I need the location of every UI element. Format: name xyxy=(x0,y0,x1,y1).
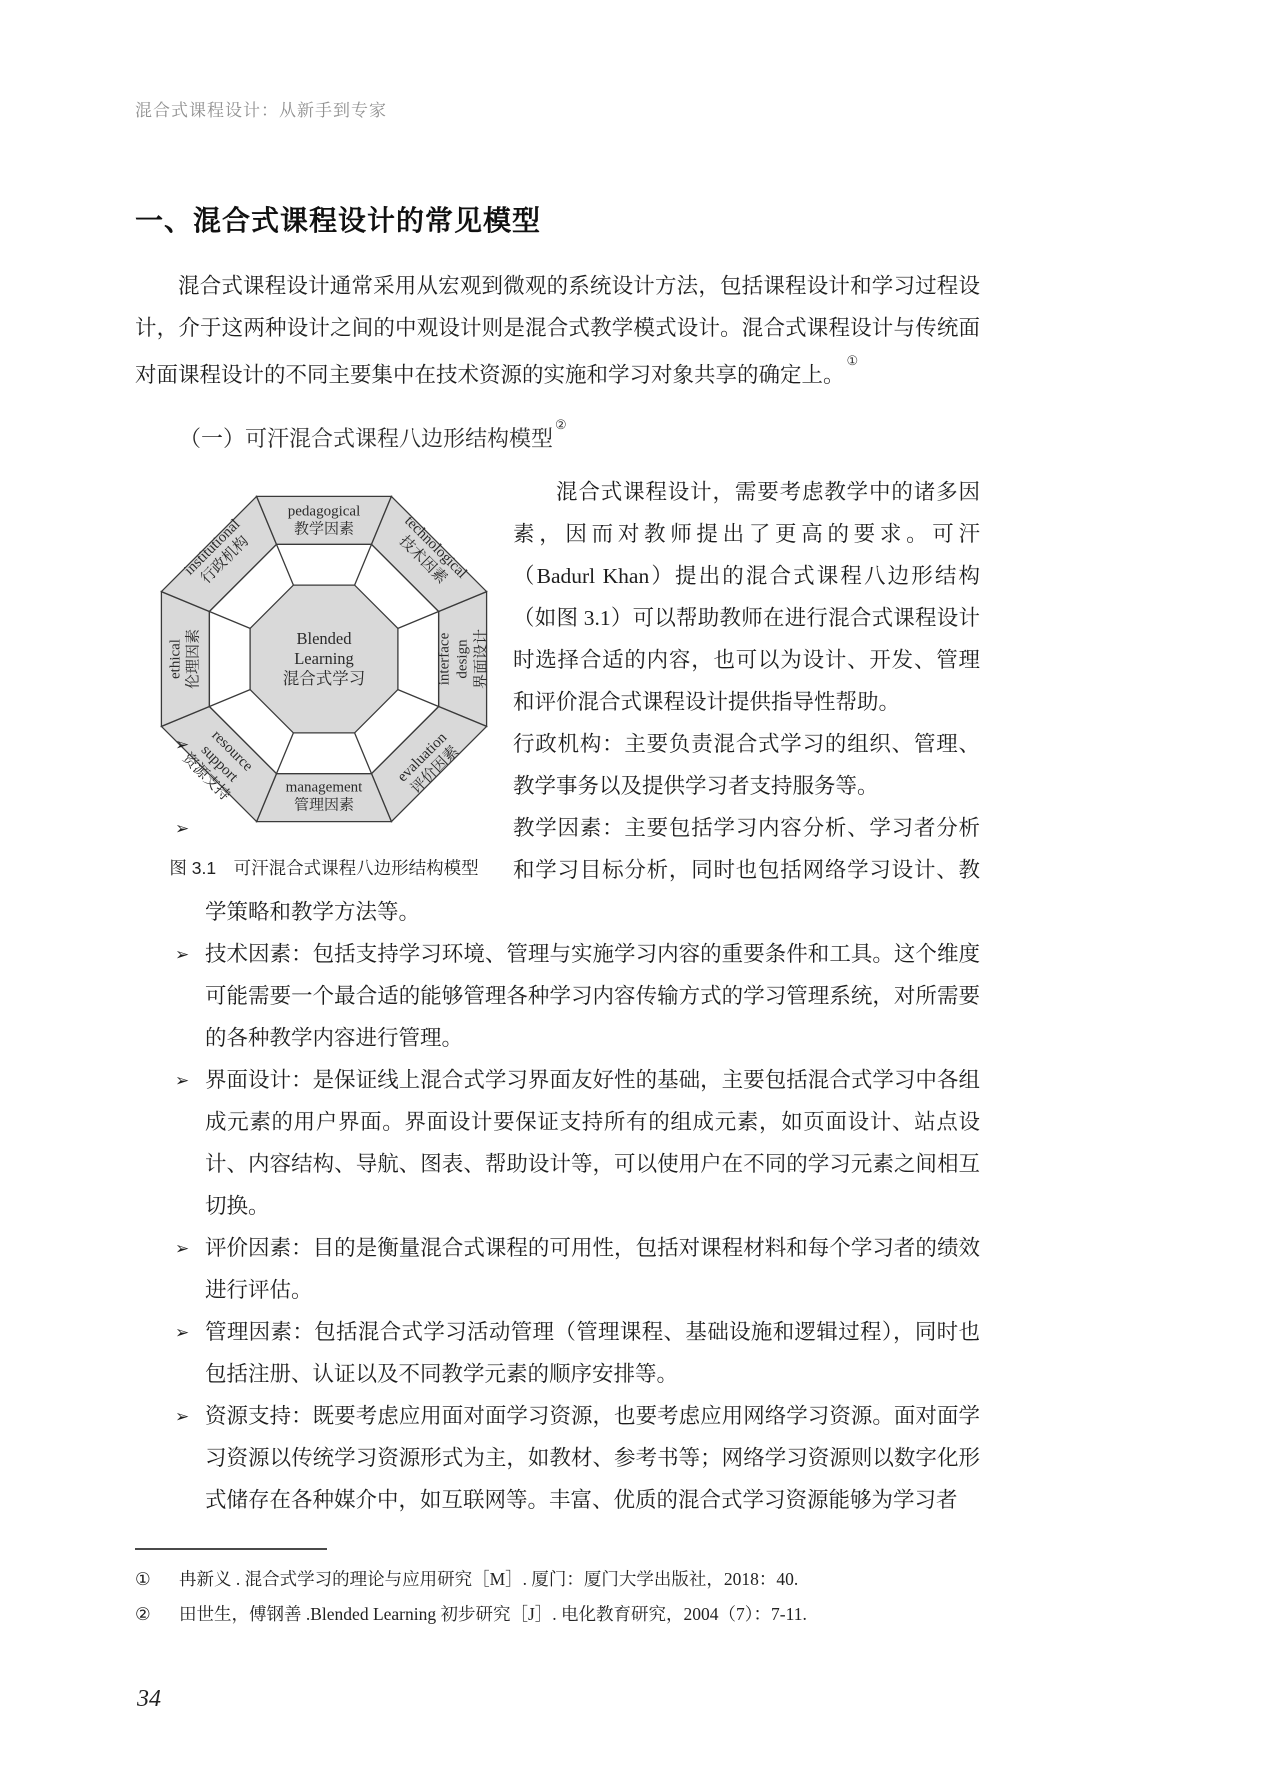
bullet-arrow-icon: ➢ xyxy=(175,1060,189,1102)
list-item: ➢行政机构：主要负责混合式学习的组织、管理、教学事务以及提供学习者支持服务等。 xyxy=(175,723,980,807)
bullet-arrow-icon: ➢ xyxy=(175,808,189,850)
subsection-title: （一）可汗混合式课程八边形结构模型② xyxy=(135,422,980,453)
bullet-text: 教学因素：主要包括学习内容分析、学习者分析和学习目标分析，同时也包括网络学习设计… xyxy=(205,816,980,924)
bullet-text: 管理因素：包括混合式学习活动管理（管理课程、基础设施和逻辑过程），同时也包括注册… xyxy=(205,1320,980,1386)
footnote-marker: ① xyxy=(135,1562,179,1597)
bullet-text: 界面设计：是保证线上混合式学习界面友好性的基础，主要包括混合式学习中各组成元素的… xyxy=(205,1068,980,1218)
list-item: ➢管理因素：包括混合式学习活动管理（管理课程、基础设施和逻辑过程），同时也包括注… xyxy=(175,1311,980,1395)
footnote-1: ① 冉新义 . 混合式学习的理论与应用研究［M］. 厦门：厦门大学出版社，201… xyxy=(135,1562,1005,1597)
footnote-divider xyxy=(135,1548,327,1550)
bullet-arrow-icon: ➢ xyxy=(175,1396,189,1438)
segment-top xyxy=(257,497,392,545)
footnote-text: 田世生，傅钢善 .Blended Learning 初步研究［J］. 电化教育研… xyxy=(179,1597,1005,1632)
page-number: 34 xyxy=(137,1686,161,1713)
footnote-ref-2: ② xyxy=(555,417,567,432)
intro-paragraph: 混合式课程设计通常采用从宏观到微观的系统设计方法，包括课程设计和学习过程设计，介… xyxy=(135,265,980,396)
inner-octagon xyxy=(250,585,398,733)
bullet-text: 技术因素：包括支持学习环境、管理与实施学习内容的重要条件和工具。这个维度可能需要… xyxy=(205,942,980,1050)
footnote-2: ② 田世生，傅钢善 .Blended Learning 初步研究［J］. 电化教… xyxy=(135,1597,1005,1632)
footnote-marker: ② xyxy=(135,1597,179,1632)
bullet-arrow-icon: ➢ xyxy=(175,1312,189,1354)
bullet-arrow-icon: ➢ xyxy=(175,1228,189,1270)
section-title: 一、混合式课程设计的常见模型 xyxy=(135,199,980,239)
bullet-arrow-icon: ➢ xyxy=(175,934,189,976)
list-item: ➢评价因素：目的是衡量混合式课程的可用性，包括对课程材料和每个学习者的绩效进行评… xyxy=(175,1227,980,1311)
list-item: ➢资源支持：既要考虑应用面对面学习资源，也要考虑应用网络学习资源。面对面学习资源… xyxy=(175,1395,980,1521)
figure-and-text-flow: pedagogical 教学因素 technological 技术因素 inte… xyxy=(135,457,980,1521)
intro-text: 混合式课程设计通常采用从宏观到微观的系统设计方法，包括课程设计和学习过程设计，介… xyxy=(135,274,980,387)
footnotes: ① 冉新义 . 混合式学习的理论与应用研究［M］. 厦门：厦门大学出版社，201… xyxy=(135,1548,1005,1632)
running-header: 混合式课程设计：从新手到专家 xyxy=(135,96,980,121)
bullet-text: 行政机构：主要负责混合式学习的组织、管理、教学事务以及提供学习者支持服务等。 xyxy=(513,732,980,798)
list-item: ➢技术因素：包括支持学习环境、管理与实施学习内容的重要条件和工具。这个维度可能需… xyxy=(175,933,980,1059)
segment-left xyxy=(161,592,209,727)
subsection-title-text: （一）可汗混合式课程八边形结构模型 xyxy=(179,426,553,451)
bullet-arrow-icon: ➢ xyxy=(175,724,189,766)
footnote-ref-1: ① xyxy=(847,353,859,368)
bullet-list-beside-figure: ➢行政机构：主要负责混合式学习的组织、管理、教学事务以及提供学习者支持服务等。 … xyxy=(135,723,980,933)
segment-right xyxy=(439,592,487,727)
bullet-list-full-width: ➢技术因素：包括支持学习环境、管理与实施学习内容的重要条件和工具。这个维度可能需… xyxy=(135,933,980,1521)
book-page: 混合式课程设计：从新手到专家 一、混合式课程设计的常见模型 混合式课程设计通常采… xyxy=(0,0,1280,1782)
bullet-text: 评价因素：目的是衡量混合式课程的可用性，包括对课程材料和每个学习者的绩效进行评估… xyxy=(205,1236,980,1302)
list-item: ➢界面设计：是保证线上混合式学习界面友好性的基础，主要包括混合式学习中各组成元素… xyxy=(175,1059,980,1227)
content-column: 混合式课程设计：从新手到专家 一、混合式课程设计的常见模型 混合式课程设计通常采… xyxy=(135,0,980,1521)
list-item: ➢教学因素：主要包括学习内容分析、学习者分析和学习目标分析，同时也包括网络学习设… xyxy=(175,807,980,933)
bullet-text: 资源支持：既要考虑应用面对面学习资源，也要考虑应用网络学习资源。面对面学习资源以… xyxy=(205,1404,980,1512)
footnote-text: 冉新义 . 混合式学习的理论与应用研究［M］. 厦门：厦门大学出版社，2018：… xyxy=(179,1562,1005,1597)
